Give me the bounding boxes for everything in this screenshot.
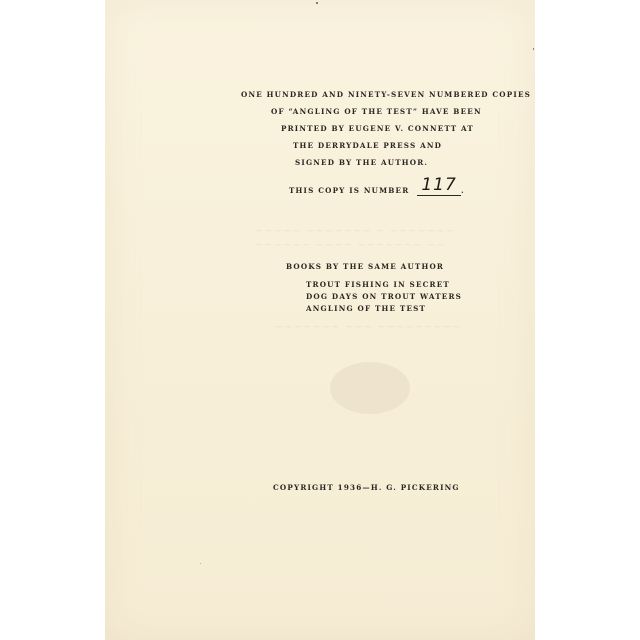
limitation-line-5: SIGNED BY THE AUTHOR.	[295, 158, 428, 167]
paper-speck	[316, 2, 318, 4]
show-through-emblem	[330, 362, 410, 414]
paper-speck	[533, 48, 534, 50]
limitation-line-4: THE DERRYDALE PRESS AND	[293, 141, 442, 150]
show-through-text: ~~~~~~~ ~~~ ~~~~~~~~~	[275, 322, 462, 333]
book-title: TROUT FISHING IN SECRET	[306, 280, 450, 289]
show-through-text: ~~~~~~ ~~~~ ~~~~~~~ ~~	[255, 240, 446, 251]
copy-number-suffix: .	[461, 186, 465, 195]
books-heading: BOOKS BY THE SAME AUTHOR	[286, 262, 444, 271]
book-title: ANGLING OF THE TEST	[306, 304, 426, 313]
show-through-text: ~~~~~ ~~~~~~~ ~ ~~~~~~~	[255, 226, 455, 237]
book-title: DOG DAYS ON TROUT WATERS	[306, 292, 462, 301]
limitation-line-2: OF “ANGLING OF THE TEST” HAVE BEEN	[271, 107, 482, 116]
copy-number-field: 117	[417, 178, 461, 198]
limitation-line-1: ONE HUNDRED AND NINETY-SEVEN NUMBERED CO…	[241, 90, 531, 99]
book-page: ~~~~~ ~~~~~~~ ~ ~~~~~~~ ~~~~~~ ~~~~ ~~~~…	[105, 0, 535, 640]
copy-number-label: THIS COPY IS NUMBER	[289, 186, 409, 195]
handwritten-copy-number: 117	[421, 175, 456, 195]
paper-speck	[200, 563, 201, 564]
copyright-notice: COPYRIGHT 1936—H. G. PICKERING	[273, 483, 460, 492]
copy-number-line: THIS COPY IS NUMBER 117 .	[289, 178, 465, 198]
limitation-line-3: PRINTED BY EUGENE V. CONNETT AT	[281, 124, 474, 133]
